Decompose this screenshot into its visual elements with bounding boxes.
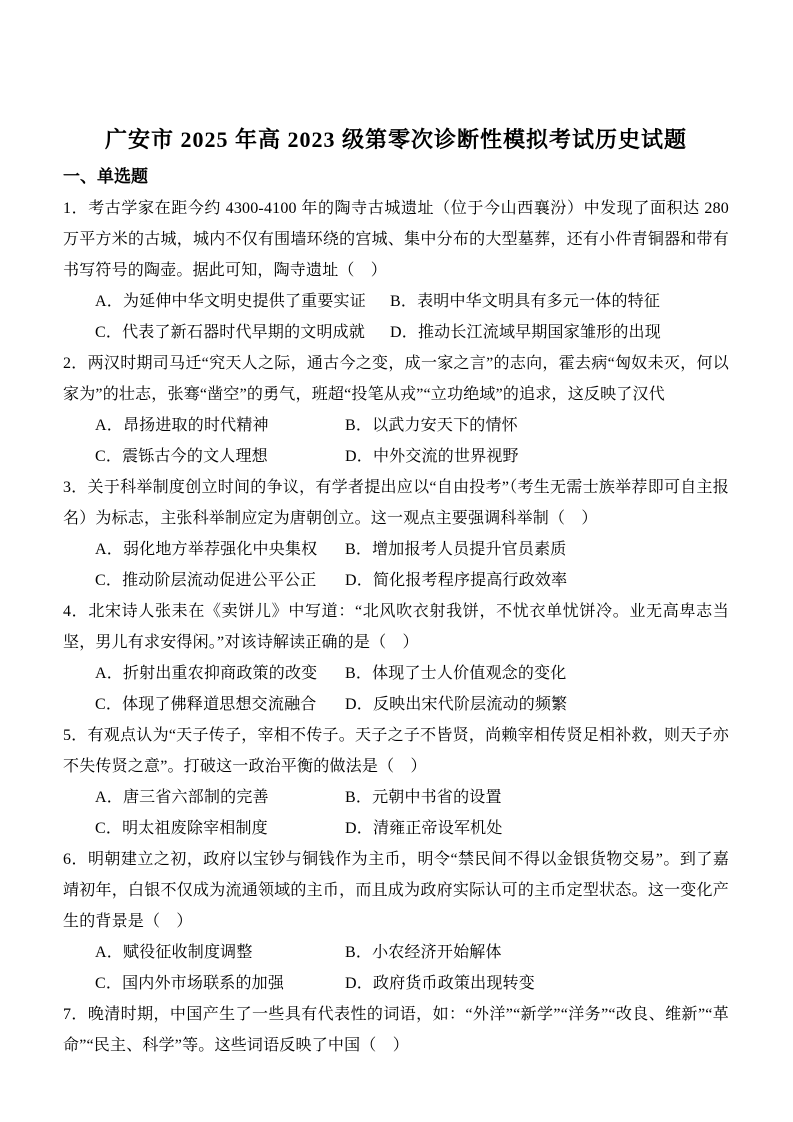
option-b: B．增加报考人员提升官员素质: [345, 534, 729, 565]
option-d: D．简化报考程序提高行政效率: [345, 565, 729, 596]
option-d: D．反映出宋代阶层流动的频繁: [345, 689, 729, 720]
option-d: D．推动长江流域早期国家雏形的出现: [390, 317, 729, 348]
options-grid: A．折射出重农抑商政策的改变 B．体现了士人价值观念的变化 C．体现了佛释道思想…: [63, 658, 729, 720]
option-b: B．小农经济开始解体: [345, 937, 729, 968]
option-c: C．国内外市场联系的加强: [95, 968, 345, 999]
options-grid: A．弱化地方举荐强化中央集权 B．增加报考人员提升官员素质 C．推动阶层流动促进…: [63, 534, 729, 596]
option-b: B．表明中华文明具有多元一体的特征: [390, 286, 729, 317]
question-text: 3．关于科举制度创立时间的争议，有学者提出应以“自由投考”（考生无需士族举荐即可…: [63, 472, 729, 534]
option-c: C．推动阶层流动促进公平公正: [95, 565, 345, 596]
question-text: 1．考古学家在距今约 4300-4100 年的陶寺古城遗址（位于今山西襄汾）中发…: [63, 193, 729, 286]
option-a: A．赋役征收制度调整: [95, 937, 345, 968]
question-text: 4．北宋诗人张耒在《卖饼儿》中写道：“北风吹衣射我饼，不忧衣单忧饼冷。业无高卑志…: [63, 596, 729, 658]
options-grid: A．昂扬进取的时代精神 B．以武力安天下的情怀 C．震铄古今的文人理想 D．中外…: [63, 410, 729, 472]
option-b: B．体现了士人价值观念的变化: [345, 658, 729, 689]
option-d: D．中外交流的世界视野: [345, 441, 729, 472]
question-block-5: 5．有观点认为“天子传子，宰相不传子。天子之子不皆贤，尚赖宰相传贤足相补救，则天…: [63, 720, 729, 844]
option-d: D．政府货币政策出现转变: [345, 968, 729, 999]
option-c: C．体现了佛释道思想交流融合: [95, 689, 345, 720]
question-text: 7．晚清时期，中国产生了一些具有代表性的词语，如：“外洋”“新学”“洋务”“改良…: [63, 999, 729, 1061]
question-block-7: 7．晚清时期，中国产生了一些具有代表性的词语，如：“外洋”“新学”“洋务”“改良…: [63, 999, 729, 1061]
exam-paper-page: 广安市 2025 年高 2023 级第零次诊断性模拟考试历史试题 一、单选题 1…: [0, 0, 793, 1122]
option-b: B．元朝中书省的设置: [345, 782, 729, 813]
option-c: C．代表了新石器时代早期的文明成就: [95, 317, 390, 348]
option-c: C．震铄古今的文人理想: [95, 441, 345, 472]
question-text: 6．明朝建立之初，政府以宝钞与铜钱作为主币，明令“禁民间不得以金银货物交易”。到…: [63, 844, 729, 937]
page-title: 广安市 2025 年高 2023 级第零次诊断性模拟考试历史试题: [63, 126, 729, 153]
question-block-6: 6．明朝建立之初，政府以宝钞与铜钱作为主币，明令“禁民间不得以金银货物交易”。到…: [63, 844, 729, 999]
options-grid: A．赋役征收制度调整 B．小农经济开始解体 C．国内外市场联系的加强 D．政府货…: [63, 937, 729, 999]
question-block-3: 3．关于科举制度创立时间的争议，有学者提出应以“自由投考”（考生无需士族举荐即可…: [63, 472, 729, 596]
question-text: 5．有观点认为“天子传子，宰相不传子。天子之子不皆贤，尚赖宰相传贤足相补救，则天…: [63, 720, 729, 782]
option-b: B．以武力安天下的情怀: [345, 410, 729, 441]
question-block-2: 2．两汉时期司马迁“究天人之际，通古今之变，成一家之言”的志向，霍去病“匈奴未灭…: [63, 348, 729, 472]
question-text: 2．两汉时期司马迁“究天人之际，通古今之变，成一家之言”的志向，霍去病“匈奴未灭…: [63, 348, 729, 410]
options-grid: A．唐三省六部制的完善 B．元朝中书省的设置 C．明太祖废除宰相制度 D．清雍正…: [63, 782, 729, 844]
option-a: A．昂扬进取的时代精神: [95, 410, 345, 441]
option-d: D．清雍正帝设军机处: [345, 813, 729, 844]
option-a: A．弱化地方举荐强化中央集权: [95, 534, 345, 565]
question-block-4: 4．北宋诗人张耒在《卖饼儿》中写道：“北风吹衣射我饼，不忧衣单忧饼冷。业无高卑志…: [63, 596, 729, 720]
question-block-1: 1．考古学家在距今约 4300-4100 年的陶寺古城遗址（位于今山西襄汾）中发…: [63, 193, 729, 348]
option-c: C．明太祖废除宰相制度: [95, 813, 345, 844]
option-a: A．唐三省六部制的完善: [95, 782, 345, 813]
option-a: A．为延伸中华文明史提供了重要实证: [95, 286, 390, 317]
option-a: A．折射出重农抑商政策的改变: [95, 658, 345, 689]
section-heading: 一、单选题: [63, 165, 729, 189]
options-grid: A．为延伸中华文明史提供了重要实证 B．表明中华文明具有多元一体的特征 C．代表…: [63, 286, 729, 348]
